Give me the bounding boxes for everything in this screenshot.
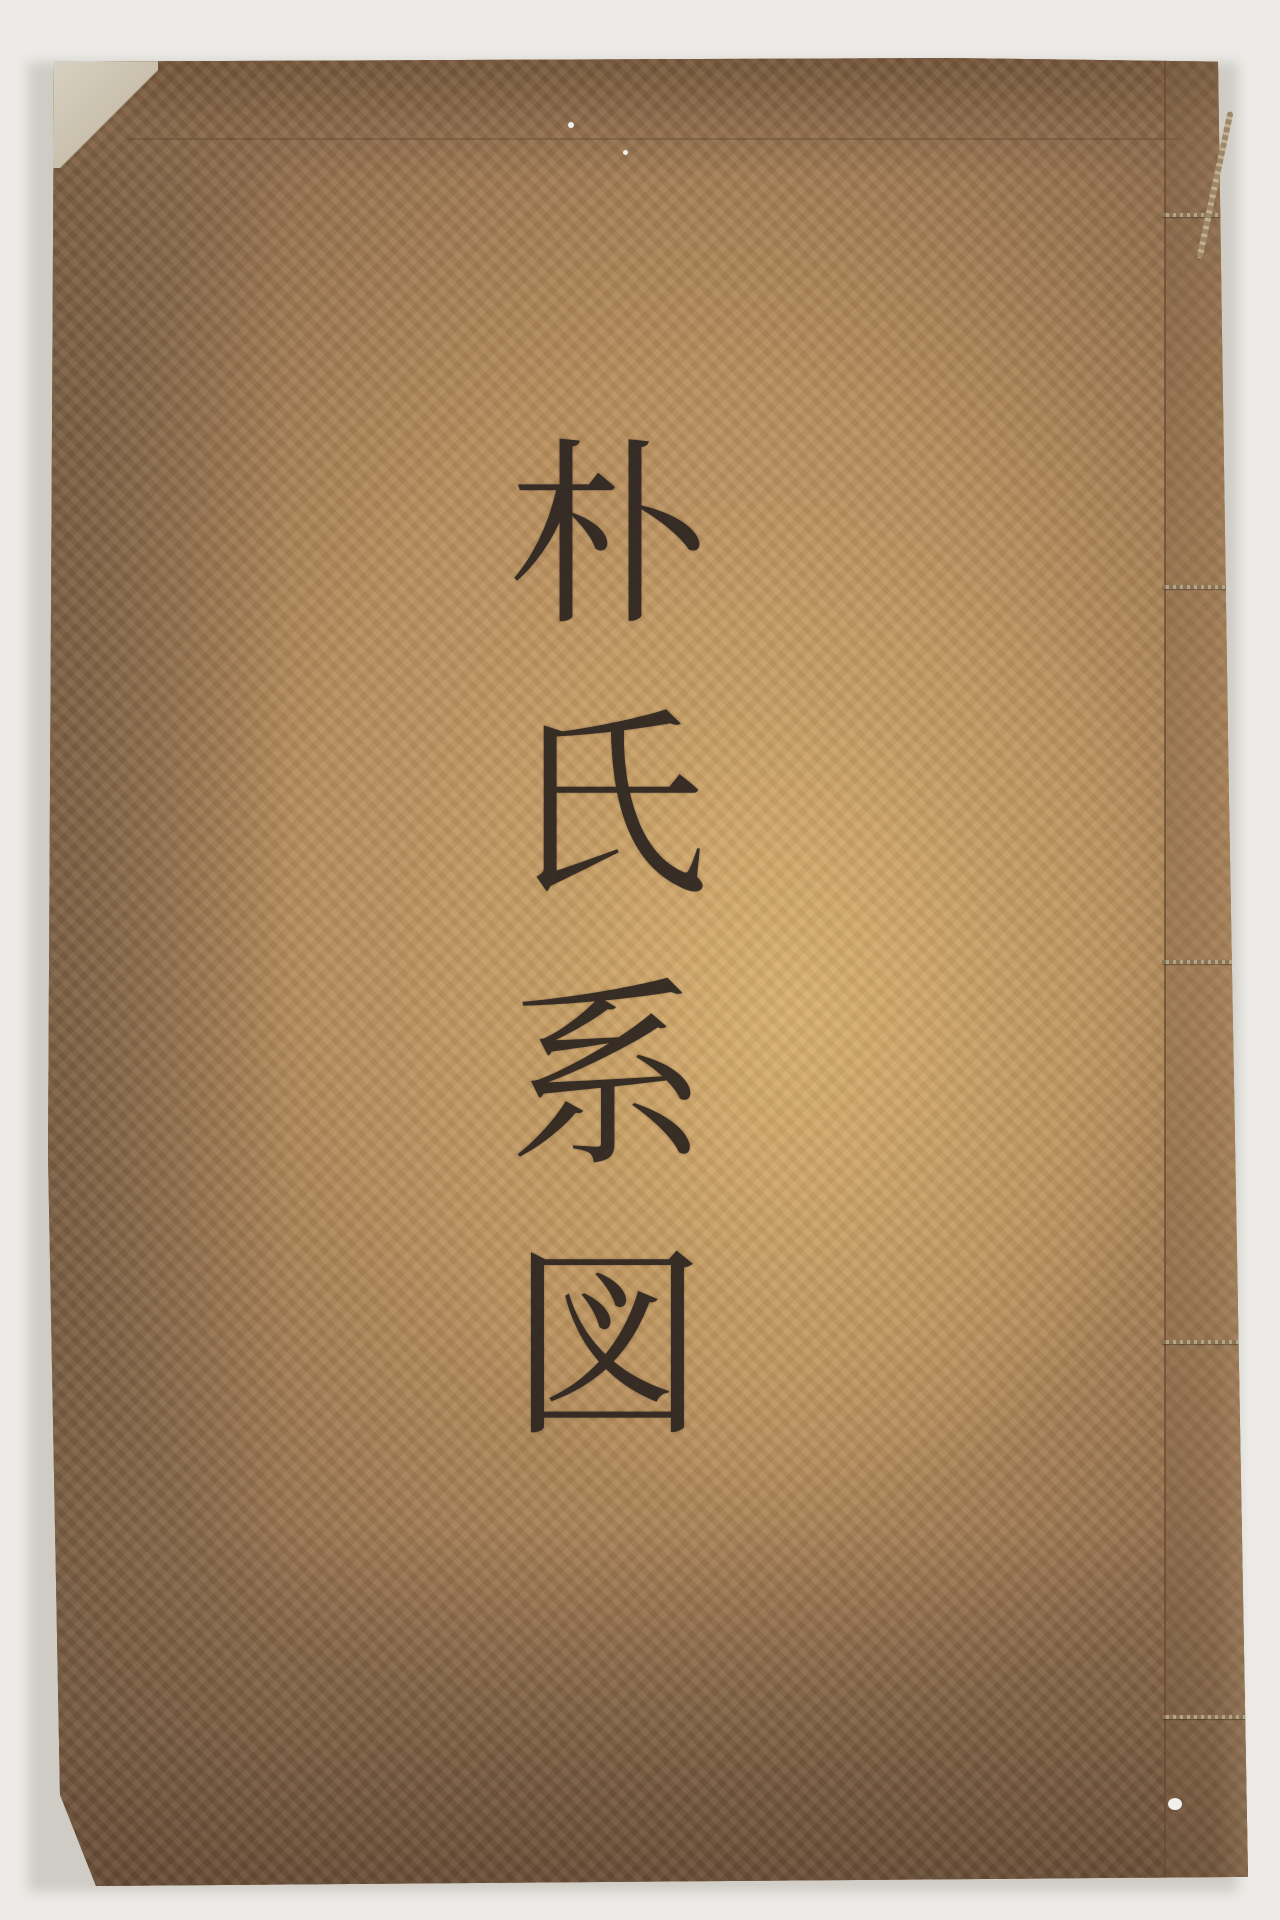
binding-stitch [1162,960,1254,964]
binding-stitch [1162,1340,1254,1344]
title-char-3: 系 [508,978,708,1178]
top-fold-crease [128,138,1178,140]
title-char-4: 図 [508,1248,708,1448]
paper-hole [1168,1798,1182,1810]
title-char-1: 朴 [508,438,708,638]
paper-speck [623,150,628,155]
binding-stitch [1162,1715,1254,1719]
binding-stitch [1162,585,1254,589]
torn-corner [48,58,158,168]
handwritten-title: 朴 氏 系 図 [478,438,738,1448]
paper-speck [568,122,574,128]
spine-fold-line [1164,58,1166,1886]
title-char-2: 氏 [508,708,708,908]
book-cover: 朴 氏 系 図 [48,58,1248,1886]
